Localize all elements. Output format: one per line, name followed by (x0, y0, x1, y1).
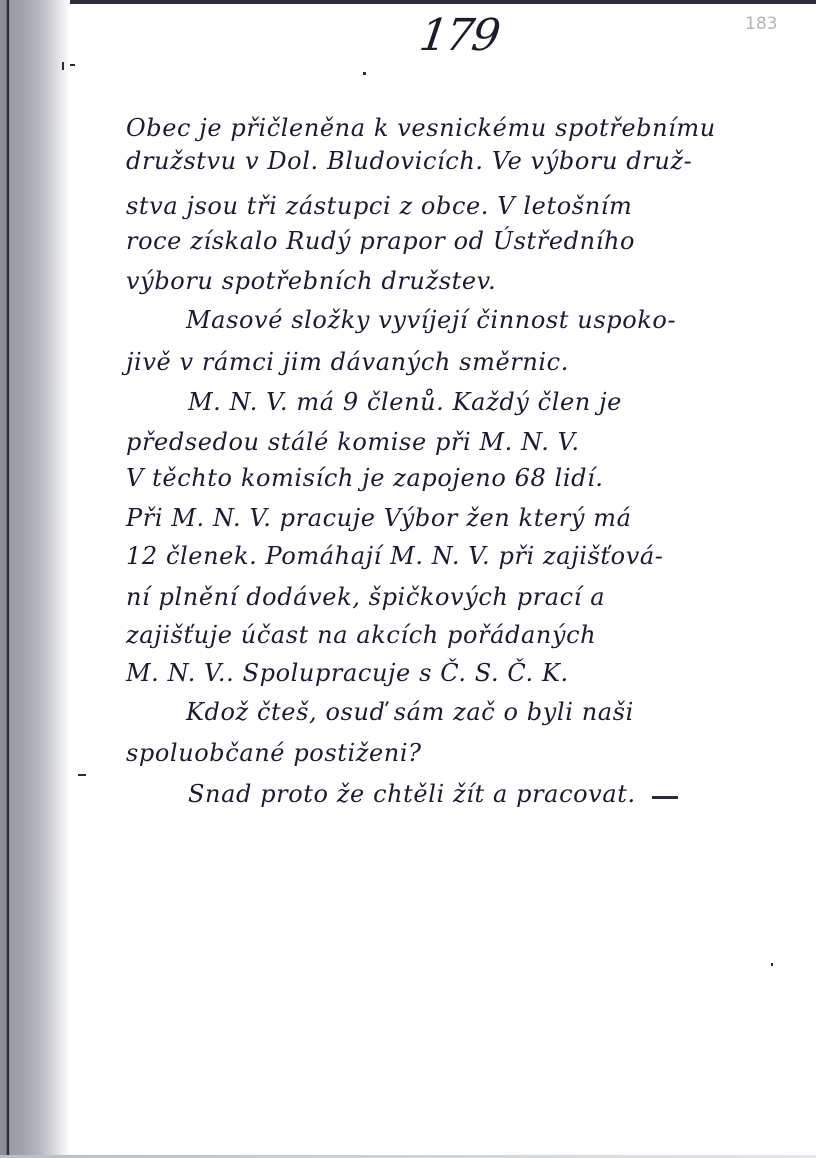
manuscript-line: Při M. N. V. pracuje Výbor žen který má (126, 506, 631, 530)
manuscript-line: výboru spotřebních družstev. (126, 269, 496, 293)
margin-mark (363, 72, 366, 75)
manuscript-line: předsedou stálé komise při M. N. V. (126, 430, 580, 454)
manuscript-line: M. N. V.. Spolupracuje s Č. S. Č. K. (126, 661, 569, 685)
binding-shadow (0, 0, 70, 1158)
manuscript-line: stva jsou tři zástupci z obce. V letošní… (126, 194, 632, 218)
margin-mark (70, 64, 75, 66)
line-end-dash (652, 796, 678, 799)
margin-mark (78, 774, 86, 776)
margin-mark (62, 62, 64, 70)
manuscript-line: 12 členek. Pomáhají M. N. V. při zajišťo… (126, 544, 664, 568)
manuscript-line: družstvu v Dol. Bludovicích. Ve výboru d… (126, 149, 692, 173)
manuscript-line: Masové složky vyvíjejí činnost uspoko- (186, 308, 676, 332)
manuscript-line: M. N. V. má 9 členů. Každý člen je (188, 390, 622, 414)
manuscript-line: V těchto komisích je zapojeno 68 lidí. (126, 466, 604, 490)
manuscript-line: roce získalo Rudý prapor od Ústředního (126, 229, 635, 253)
manuscript-line: ní plnění dodávek, špičkových prací a (126, 585, 605, 609)
manuscript-line: Kdož čteš, osuď sám zač o byli naši (186, 700, 634, 724)
archive-stamp-number: 183 (745, 14, 777, 34)
binding-edge-line (7, 0, 9, 1158)
manuscript-line: spoluobčané postiženi? (126, 741, 422, 765)
margin-mark (771, 963, 773, 966)
page-number: 179 (416, 10, 501, 61)
manuscript-line: Obec je přičleněna k vesnickému spotřebn… (126, 116, 716, 140)
manuscript-line: jivě v rámci jim dávaných směrnic. (126, 350, 569, 374)
manuscript-line: Snad proto že chtěli žít a pracovat. (188, 782, 636, 806)
scan-top-edge (0, 0, 816, 4)
manuscript-line: zajišťuje účast na akcích pořádaných (126, 623, 596, 647)
